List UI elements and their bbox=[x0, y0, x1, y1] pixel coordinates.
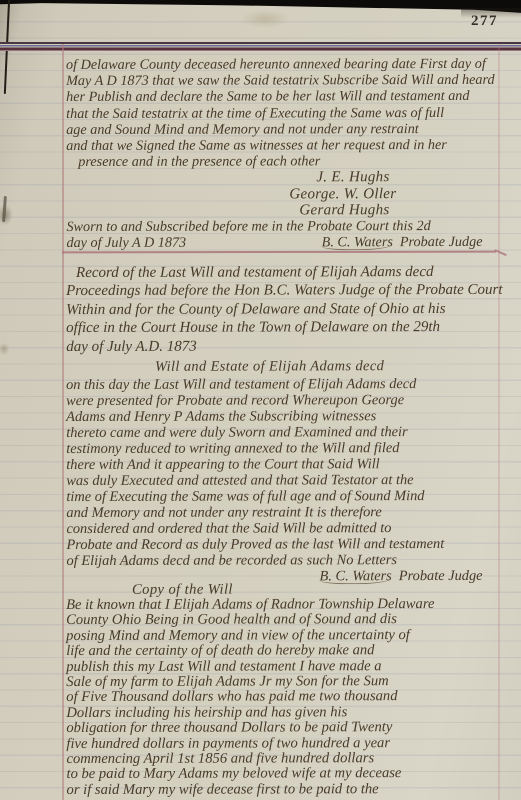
manuscript-line: presence and in the presence of each oth… bbox=[66, 153, 496, 170]
paper-stain bbox=[0, 340, 12, 358]
manuscript-line: Proceedings had before the Hon B.C. Wate… bbox=[66, 281, 496, 301]
manuscript-line: and Memory and not under any restraint I… bbox=[66, 504, 496, 521]
header-double-rule bbox=[0, 42, 521, 51]
manuscript-line: her Publish and declare the Same to be h… bbox=[66, 88, 496, 105]
manuscript-line: time of Executing the Same was of full a… bbox=[66, 488, 496, 505]
witness-signature: George. W. Oller bbox=[66, 185, 496, 202]
manuscript-line: testimony reduced to writing annexed to … bbox=[66, 440, 496, 457]
section-heading: Will and Estate of Elijah Adams decd bbox=[66, 357, 496, 377]
manuscript-section-record-caption: Record of the Last Will and testament of… bbox=[66, 263, 496, 356]
judge-title: Probate Judge bbox=[400, 234, 483, 250]
paper-stain bbox=[230, 6, 300, 32]
manuscript-line: obligation for three thousand Dollars to… bbox=[66, 720, 496, 737]
ledger-page-scan: 277 of Delaware County deceased hereunto… bbox=[0, 0, 521, 800]
manuscript-line: Probate and Record as duly Proved as the… bbox=[66, 536, 496, 553]
manuscript-line: there with And it appearing to the Court… bbox=[66, 456, 496, 473]
manuscript-line: May A D 1873 that we saw the Said testat… bbox=[66, 72, 496, 89]
manuscript-line: to be paid to Mary Adams my beloved wife… bbox=[66, 766, 496, 783]
manuscript-line: life and the certainty of of death do he… bbox=[66, 643, 496, 660]
manuscript-line: of Delaware County deceased hereunto ann… bbox=[66, 56, 496, 73]
manuscript-line: on this day the Last Will and testament … bbox=[66, 376, 496, 393]
manuscript-line: was duly Executed and attested and that … bbox=[66, 472, 496, 489]
book-edge-shadow bbox=[0, 0, 521, 14]
manuscript-line: that the Said testatrix at the time of E… bbox=[66, 104, 496, 121]
manuscript-line: and that we Signed the Same as witnesses… bbox=[66, 137, 496, 154]
manuscript-line: of Elijah Adams decd and be recorded as … bbox=[67, 552, 497, 569]
manuscript-line-text: day of July A D 1873 bbox=[66, 235, 186, 252]
manuscript-line: age and Sound Mind and Memory and not un… bbox=[66, 121, 496, 138]
manuscript-line: Record of the Last Will and testament of… bbox=[66, 263, 496, 283]
manuscript-line: considered and ordered that the Said Wil… bbox=[66, 520, 496, 537]
adjacent-page-edge-fragment bbox=[2, 196, 7, 222]
manuscript-line: County Ohio Being in Good health and of … bbox=[66, 612, 496, 629]
manuscript-line: Within and for the County of Delaware an… bbox=[66, 300, 496, 320]
manuscript-line: office in the Court House in the Town of… bbox=[66, 318, 496, 338]
manuscript-section-copy-of-will: Copy of the WillBe it known that I Elija… bbox=[66, 582, 497, 798]
left-margin-line bbox=[62, 44, 64, 800]
manuscript-line: were presented for Probate and record Wh… bbox=[66, 392, 496, 409]
right-margin-line bbox=[498, 44, 500, 800]
manuscript-line: day of July A.D. 1873 bbox=[66, 336, 496, 356]
witness-signature: Gerard Hughs bbox=[66, 202, 496, 219]
manuscript-line: thereto came and were duly Sworn and Exa… bbox=[66, 424, 496, 441]
attestation-close-line: day of July A D 1873B. C. WatersProbate … bbox=[66, 234, 496, 251]
manuscript-section-witness-attestation: of Delaware County deceased hereunto ann… bbox=[66, 56, 497, 251]
manuscript-line: of Five Thousand dollars who has paid me… bbox=[66, 689, 496, 706]
manuscript-line: Adams and Henry P Adams the Subscribing … bbox=[66, 408, 496, 425]
page-number: 277 bbox=[471, 13, 498, 30]
manuscript-line: or if said Mary my wife decease first to… bbox=[67, 782, 497, 799]
manuscript-line: five hundred dollars in payments of two … bbox=[66, 735, 496, 752]
manuscript-section-probate-order: Will and Estate of Elijah Adams decdon t… bbox=[66, 357, 497, 585]
manuscript-line: Sworn to and Subscribed before me in the… bbox=[66, 218, 496, 235]
judge-name: B. C. Waters bbox=[322, 234, 393, 250]
witness-signature: J. E. Hughs bbox=[66, 169, 496, 186]
